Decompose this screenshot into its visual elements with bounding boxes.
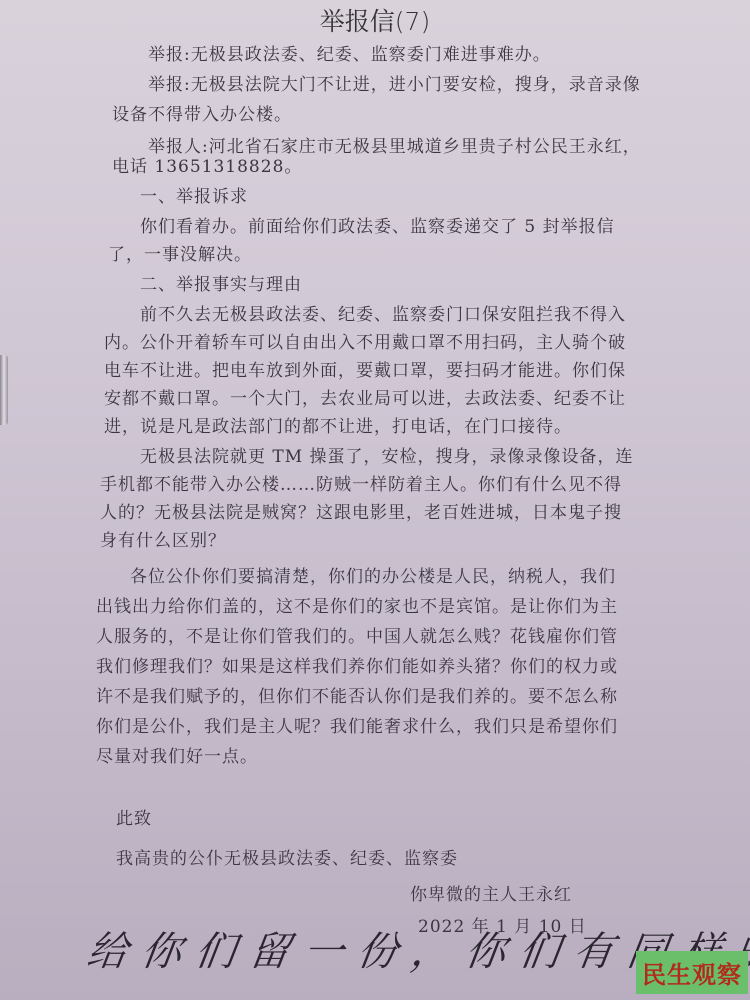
- text-line: 二、举报事实与理由: [140, 270, 302, 295]
- text-line: 许不是我们赋予的，但你们不能否认你们是我们养的。要不怎么称: [96, 682, 618, 707]
- text-line: 设备不得带入办公楼。: [112, 100, 292, 125]
- text-line: 各位公仆你们要搞清楚，你们的办公楼是人民，纳税人，我们: [130, 562, 616, 587]
- text-line: 你们看着办。前面给你们政法委、监察委递交了 5 封举报信: [140, 212, 615, 237]
- text-line: 我们修理我们？如果是这样我们养你们能如养头猪？你们的权力或: [96, 652, 618, 677]
- text-line: 前不久去无极县政法委、纪委、监察委门口保安阻拦我不得入: [140, 300, 626, 325]
- text-line: 身有什么区别？: [100, 526, 226, 551]
- text-line: 你卑微的主人王永红: [410, 880, 572, 905]
- text-line: 出钱出力给你们盖的，这不是你们的家也不是宾馆。是让你们为主: [96, 592, 618, 617]
- watermark-badge: 民生观察: [636, 951, 748, 994]
- text-line: 内。公仆开着轿车可以自由出入不用戴口罩不用扫码，主人骑个破: [104, 328, 626, 353]
- document-title: 举报信(7): [0, 2, 750, 38]
- text-line: 我高贵的公仆无极县政法委、纪委、监察委: [116, 844, 458, 869]
- text-line: 电话 13651318828。: [112, 152, 302, 177]
- text-line: 手机都不能带入办公楼……防贼一样防着主人。你们有什么见不得: [100, 470, 622, 495]
- text-line: 此致: [116, 804, 152, 829]
- text-line: 进，说是凡是政法部门的都不让进，打电话，在门口接待。: [104, 412, 572, 437]
- text-line: 举报:无极县法院大门不让进，进小门要安检，搜身，录音录像: [148, 70, 641, 95]
- text-line: 尽量对我们好一点。: [96, 742, 258, 767]
- text-line: 一、举报诉求: [140, 182, 248, 207]
- text-line: 举报:无极县政法委、纪委、监察委门难进事难办。: [148, 40, 551, 65]
- text-line: 你们是公仆，我们是主人呢？我们能奢求什么，我们只是希望你们: [96, 712, 618, 737]
- text-line: 无极县法院就更 TM 操蛋了，安检，搜身，录像录像设备，连: [140, 442, 634, 467]
- text-line: 人服务的，不是让你们管我们的。中国人就怎么贱？花钱雇你们管: [96, 622, 618, 647]
- text-line: 安都不戴口罩。一个大门，去农业局可以进，去政法委、纪委不让: [104, 384, 626, 409]
- pen-object: [0, 355, 8, 425]
- text-line: 电车不让进。把电车放到外面，要戴口罩，要扫码才能进。你们保: [104, 356, 626, 381]
- text-line: 人的？无极县法院是贼窝？这跟电影里，老百姓进城，日本鬼子搜: [100, 498, 622, 523]
- text-line: 了，一事没解决。: [108, 240, 252, 265]
